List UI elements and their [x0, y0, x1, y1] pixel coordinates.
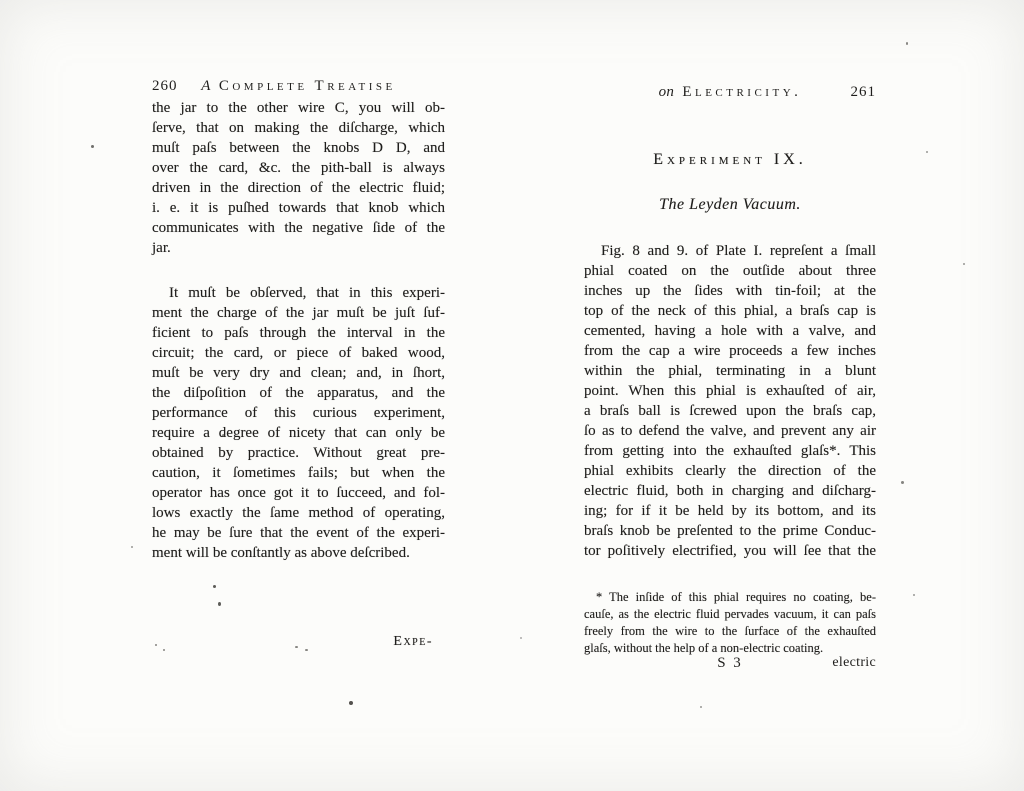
left-paragraph-2: It muſt be obſerved, that in this experi… [152, 283, 445, 563]
right-paragraph: Fig. 8 and 9. of Plate I. repreſent a ſm… [584, 241, 876, 561]
header-prefix: on [659, 84, 675, 100]
text-line: ſo as to defend the valve, and prevent a… [584, 421, 876, 441]
scanned-book-spread: 260 A Complete Treatise the jar to the o… [0, 0, 1024, 791]
text-line: * The inſide of this phial requires no c… [584, 589, 876, 606]
text-line: freely from the wire to the ſurface of t… [584, 623, 876, 640]
text-line: i. e. it is puſhed towards that knob whi… [152, 198, 445, 218]
text-line: circuit; the card, or piece of baked woo… [152, 343, 445, 363]
text-line: muſt paſs between the knobs D D, and [152, 138, 445, 158]
text-line: ſerve, that on making the diſcharge, whi… [152, 118, 445, 138]
text-line: require a degree of nicety that can only… [152, 423, 445, 443]
scan-speck [520, 637, 522, 639]
text-line: inches up the ſides with tin-foil; at th… [584, 281, 876, 301]
text-line: lows exactly the ſame method of operatin… [152, 503, 445, 523]
text-line: the jar to the other wire C, you will ob… [152, 98, 445, 118]
text-line: top of the neck of this phial, a braſs c… [584, 301, 876, 321]
text-line: caution, it ſometimes fails; but when th… [152, 463, 445, 483]
footnote: * The inſide of this phial requires no c… [584, 589, 876, 657]
scan-speck [91, 145, 94, 148]
left-paragraph-1: the jar to the other wire C, you will ob… [152, 98, 445, 258]
text-line: operator has once got it to ſucceed, and… [152, 483, 445, 503]
scan-speck [926, 151, 928, 153]
text-line: Fig. 8 and 9. of Plate I. repreſent a ſm… [584, 241, 876, 261]
header-title-prefix: A [201, 78, 210, 94]
scan-speck [131, 546, 133, 548]
text-line: over the card, &c. the pith-ball is alwa… [152, 158, 445, 178]
text-line: within the phial, terminating in a blunt [584, 361, 876, 381]
left-page: 260 A Complete Treatise the jar to the o… [152, 0, 445, 791]
section-heading: Experiment IX. [584, 151, 876, 169]
section-subtitle: The Leyden Vacuum. [584, 196, 876, 214]
right-page-number: 261 [851, 84, 877, 101]
text-line: phial coated on the outſide about three [584, 261, 876, 281]
scan-speck [963, 263, 965, 265]
text-line: ment the charge of the jar muſt be juſt … [152, 303, 445, 323]
left-header-title: A Complete Treatise [152, 78, 445, 95]
text-line: electric fluid, both in charging and diſ… [584, 481, 876, 501]
text-line: muſt be very dry and clean; and, in ſhor… [152, 363, 445, 383]
scan-speck [913, 594, 915, 596]
text-line: performance of this curious experiment, [152, 403, 445, 423]
scan-speck [906, 42, 908, 45]
text-line: he may be ſure that the event of the exp… [152, 523, 445, 543]
text-line: obtained by practice. Without great pre- [152, 443, 445, 463]
text-line: cemented, having a hole with a valve, an… [584, 321, 876, 341]
text-line: ficient to paſs through the interval in … [152, 323, 445, 343]
right-page: on Electricity. 261 Experiment IX. The L… [584, 0, 876, 791]
header-title-text: Electricity. [682, 84, 801, 100]
text-line: driven in the direction of the electric … [152, 178, 445, 198]
text-line: cauſe, as the electric fluid pervades va… [584, 606, 876, 623]
right-catchword: electric [832, 655, 876, 671]
scan-speck [901, 481, 904, 484]
text-line: a braſs ball is ſcrewed upon the braſs c… [584, 401, 876, 421]
text-line: from getting into the exhauſted glaſs*. … [584, 441, 876, 461]
text-line: communicates with the negative ſide of t… [152, 218, 445, 238]
text-line: jar. [152, 238, 445, 258]
left-running-header: 260 A Complete Treatise [152, 78, 445, 98]
text-line: point. When this phial is exhauſted of a… [584, 381, 876, 401]
text-line: tor poſitively electrified, you will ſee… [584, 541, 876, 561]
text-line: braſs knob be preſented to the prime Con… [584, 521, 876, 541]
left-catchword: Expe- [152, 634, 433, 650]
text-line: It muſt be obſerved, that in this experi… [152, 283, 445, 303]
right-running-header: on Electricity. 261 [584, 84, 876, 104]
text-line: the diſpoſition of the apparatus, and th… [152, 383, 445, 403]
text-line: ing; for if it be held by its bottom, an… [584, 501, 876, 521]
text-line: ment will be conſtantly as above deſcrib… [152, 543, 445, 563]
header-title-text: Complete Treatise [219, 78, 396, 94]
right-header-title: on Electricity. [584, 84, 876, 101]
text-line: from the cap a wire proceeds a few inche… [584, 341, 876, 361]
text-line: phial exhibits clearly the direction of … [584, 461, 876, 481]
signature-row: S 3 electric [584, 655, 876, 673]
